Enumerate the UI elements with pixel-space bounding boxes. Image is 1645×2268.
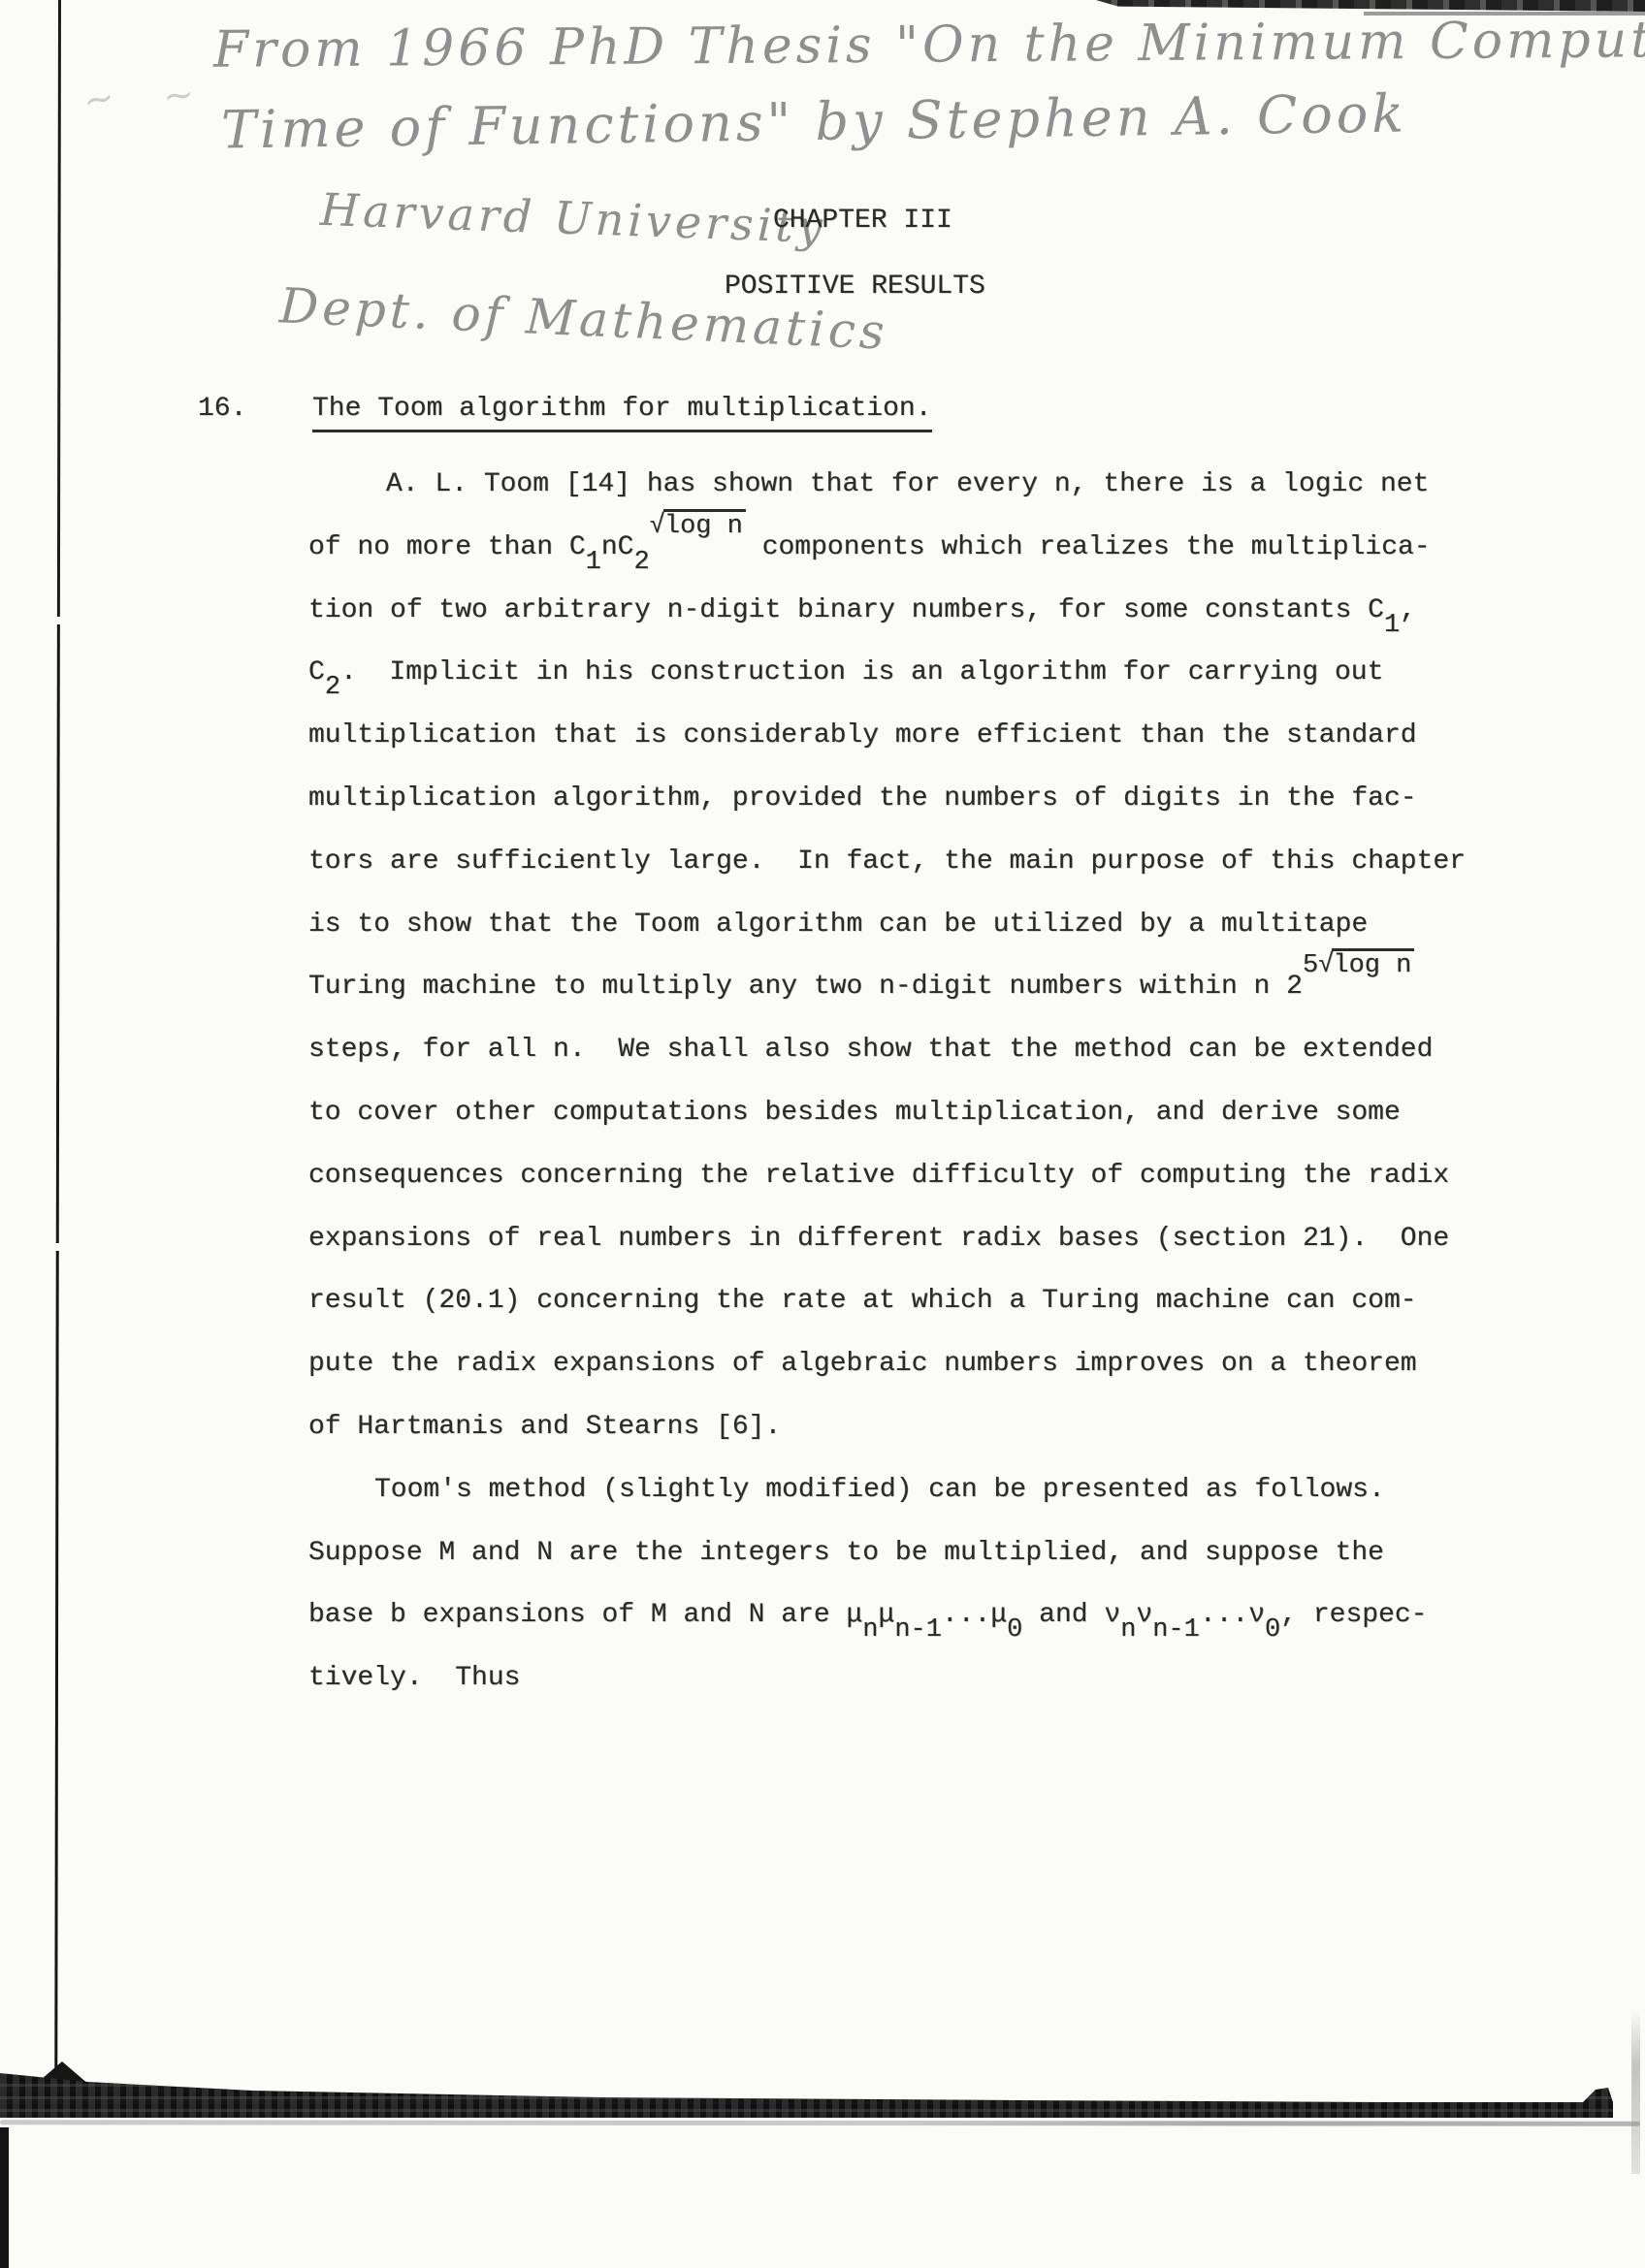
handwritten-note-line1: From 1966 PhD Thesis "On the Minimum Com…: [213, 10, 1645, 79]
body-line: of no more than C1nC2√log n components w…: [308, 517, 1531, 580]
body-line: pute the radix expansions of algebraic n…: [308, 1333, 1531, 1396]
scan-top-right-smudge: [1096, 0, 1645, 12]
body-line: Toom's method (slightly modified) can be…: [308, 1459, 1531, 1522]
subscript: 2: [633, 548, 649, 577]
body-line: to cover other computations besides mult…: [308, 1082, 1531, 1145]
body-line: C2. Implicit in his construction is an a…: [308, 642, 1531, 705]
radical-superscript: √log n: [650, 512, 746, 541]
subscript: n-1: [894, 1615, 942, 1645]
body-line: consequences concerning the relative dif…: [308, 1145, 1531, 1208]
scan-bottom-left-notch: [0, 2127, 9, 2268]
body-line: base b expansions of M and N are μnμn-1.…: [308, 1584, 1531, 1647]
body-line: A. L. Toom [14] has shown that for every…: [308, 454, 1531, 517]
subscript: 0: [1007, 1615, 1022, 1645]
handwritten-note-line2: Time of Functions" by Stephen A. Cook: [221, 82, 1408, 160]
scanned-thesis-page: ~ ~ From 1966 PhD Thesis "On the Minimum…: [0, 0, 1645, 2268]
body-line: steps, for all n. We shall also show tha…: [308, 1019, 1531, 1082]
handwritten-note-university: Harvard University: [319, 183, 827, 253]
subscript: n: [862, 1615, 878, 1645]
subscript: n-1: [1152, 1615, 1200, 1645]
scan-left-edge-line: [54, 0, 61, 2080]
body-line: expansions of real numbers in different …: [308, 1208, 1531, 1271]
body-line: Turing machine to multiply any two n-dig…: [308, 956, 1531, 1019]
scan-bottom-shadow-line: [0, 2120, 1640, 2125]
radical-superscript: 5√log n: [1303, 951, 1414, 980]
body-line: of Hartmanis and Stearns [6].: [308, 1396, 1531, 1459]
section-title: The Toom algorithm for multiplication.: [312, 394, 932, 424]
body-line: tively. Thus: [308, 1647, 1531, 1710]
body-line: is to show that the Toom algorithm can b…: [308, 894, 1531, 957]
subscript: 2: [325, 673, 340, 702]
pencil-doodle: ~: [80, 75, 118, 123]
section-title-text: The Toom algorithm for multiplication.: [312, 394, 932, 432]
body-line: tion of two arbitrary n-digit binary num…: [308, 580, 1531, 643]
subscript: n: [1120, 1615, 1136, 1645]
subscript: 0: [1265, 1615, 1280, 1645]
body-line: result (20.1) concerning the rate at whi…: [308, 1270, 1531, 1333]
scan-bottom-page-edge-band: [0, 2054, 1645, 2120]
chapter-heading: CHAPTER III: [773, 206, 952, 236]
pencil-doodle: ~: [161, 72, 196, 117]
body-line: multiplication algorithm, provided the n…: [308, 768, 1531, 831]
section-number: 16.: [198, 394, 246, 424]
body-line: tors are sufficiently large. In fact, th…: [308, 831, 1531, 894]
body-text: A. L. Toom [14] has shown that for every…: [308, 454, 1531, 1710]
subscript: 1: [1384, 611, 1400, 640]
body-line: multiplication that is considerably more…: [308, 705, 1531, 768]
subscript: 1: [586, 548, 601, 577]
scan-right-edge-shadow: [1631, 2009, 1640, 2174]
chapter-subtitle: POSITIVE RESULTS: [725, 272, 985, 302]
body-line: Suppose M and N are the integers to be m…: [308, 1522, 1531, 1585]
